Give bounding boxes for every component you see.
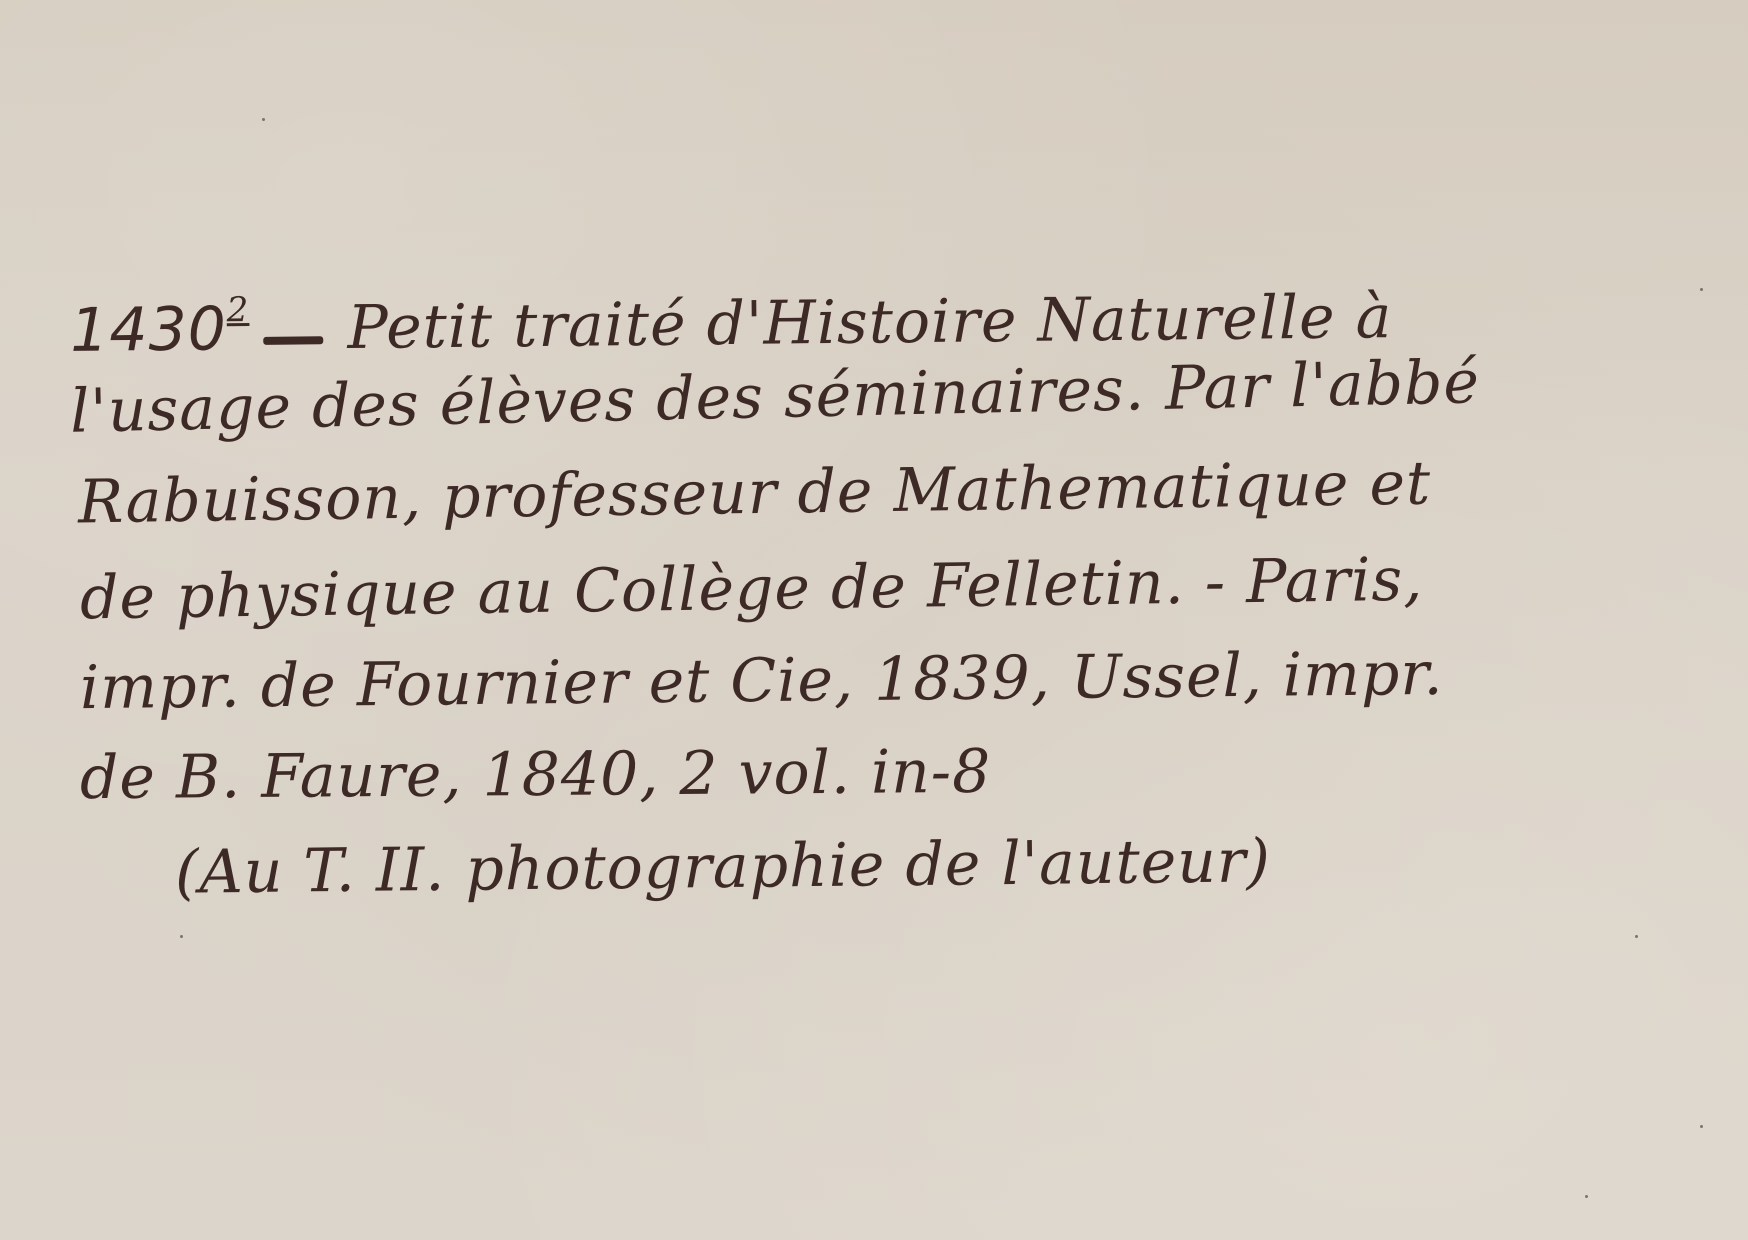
manuscript-page: 14302Petit traité d'Histoire Naturelle à… xyxy=(0,0,1748,1240)
entry-line-4: de physique au Collège de Felletin. - Pa… xyxy=(79,535,1423,644)
entry-number: 1430 xyxy=(70,294,227,366)
paper-speck xyxy=(1700,288,1703,291)
entry-line-3: Rabuisson, professeur de Mathematique et xyxy=(77,439,1431,548)
entry-line-6: de B. Faure, 1840, 2 vol. in-8 xyxy=(80,727,992,823)
paper-speck xyxy=(1635,935,1638,938)
entry-number-suffix: 2 xyxy=(226,290,249,330)
paper-speck xyxy=(180,935,183,938)
entry-note: (Au T. II. photographie de l'auteur) xyxy=(175,816,1272,917)
entry-line-5: impr. de Fournier et Cie, 1839, Ussel, i… xyxy=(80,629,1444,733)
paper-speck xyxy=(1700,1125,1703,1128)
paper-speck xyxy=(1585,1195,1588,1198)
paper-speck xyxy=(262,118,265,121)
entry-dash xyxy=(264,336,324,345)
